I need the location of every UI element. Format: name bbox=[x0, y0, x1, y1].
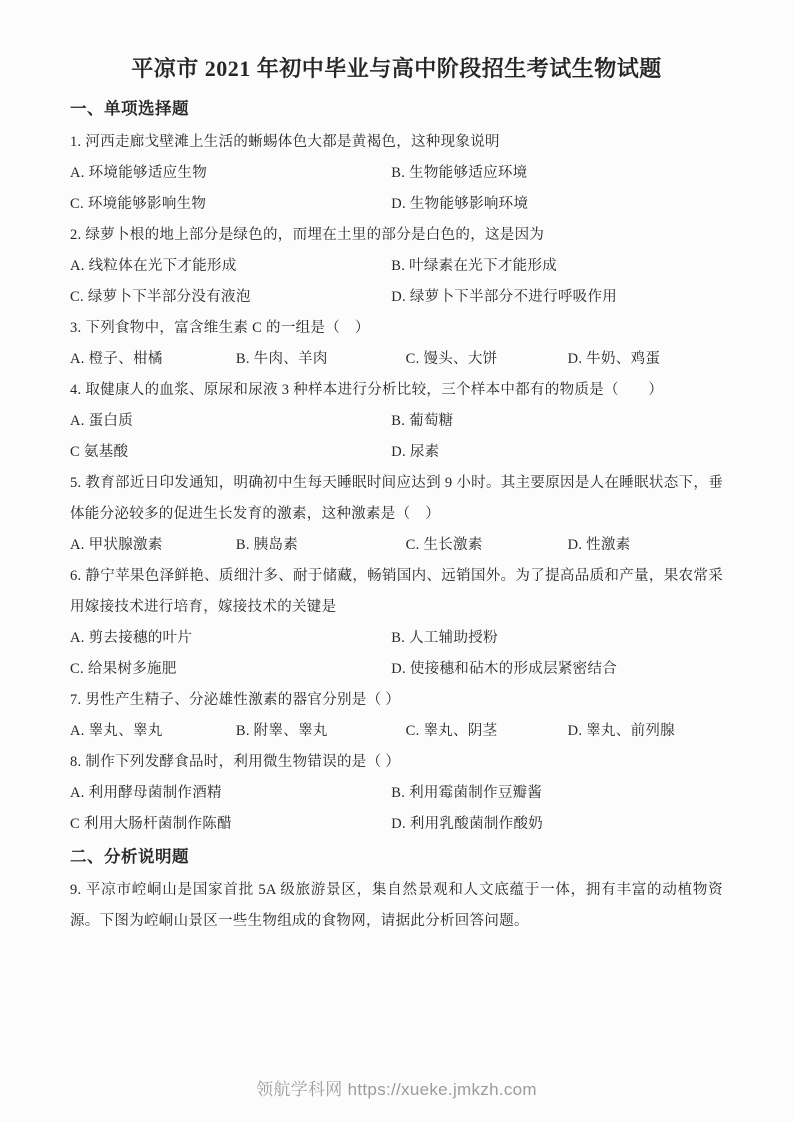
question-stem: 9. 平凉市崆峒山是国家首批 5A 级旅游景区，集自然景观和人文底蕴于一体，拥有… bbox=[70, 875, 723, 937]
question-options: A. 环境能够适应生物 B. 生物能够适应环境 C. 环境能够影响生物 D. 生… bbox=[70, 158, 723, 220]
question-4: 4. 取健康人的血浆、原尿和尿液 3 种样本进行分析比较，三个样本中都有的物质是… bbox=[70, 375, 723, 468]
option-a: A. 利用酵母菌制作酒精 bbox=[70, 778, 391, 809]
question-3: 3. 下列食物中，富含维生素 C 的一组是（ ） A. 橙子、柑橘 B. 牛肉、… bbox=[70, 313, 723, 375]
option-b: B. 牛肉、羊肉 bbox=[236, 344, 406, 375]
section-heading-analysis: 二、分析说明题 bbox=[70, 842, 723, 873]
question-5: 5. 教育部近日印发通知，明确初中生每天睡眠时间应达到 9 小时。其主要原因是人… bbox=[70, 468, 723, 561]
question-2: 2. 绿萝卜根的地上部分是绿色的，而埋在土里的部分是白色的，这是因为 A. 线粒… bbox=[70, 220, 723, 313]
option-a: A. 蛋白质 bbox=[70, 406, 391, 437]
question-1: 1. 河西走廊戈壁滩上生活的蜥蜴体色大都是黄褐色，这种现象说明 A. 环境能够适… bbox=[70, 127, 723, 220]
question-7: 7. 男性产生精子、分泌雄性激素的器官分别是（ ） A. 睾丸、睾丸 B. 附睾… bbox=[70, 685, 723, 747]
option-d: D. 牛奶、鸡蛋 bbox=[568, 344, 723, 375]
option-b: B. 附睾、睾丸 bbox=[236, 716, 406, 747]
question-options: A. 橙子、柑橘 B. 牛肉、羊肉 C. 馒头、大饼 D. 牛奶、鸡蛋 bbox=[70, 344, 723, 375]
option-a: A. 橙子、柑橘 bbox=[70, 344, 236, 375]
option-a: A. 剪去接穗的叶片 bbox=[70, 623, 391, 654]
question-options: A. 利用酵母菌制作酒精 B. 利用霉菌制作豆瓣酱 C 利用大肠杆菌制作陈醋 D… bbox=[70, 778, 723, 840]
option-d: D. 利用乳酸菌制作酸奶 bbox=[391, 809, 723, 840]
exam-paper-page: 平凉市 2021 年初中毕业与高中阶段招生考试生物试题 一、单项选择题 1. 河… bbox=[0, 0, 793, 1122]
question-stem: 6. 静宁苹果色泽鲜艳、质细汁多、耐于储藏，畅销国内、远销国外。为了提高品质和产… bbox=[70, 561, 723, 623]
option-c: C. 绿萝卜下半部分没有液泡 bbox=[70, 282, 391, 313]
option-d: D. 绿萝卜下半部分不进行呼吸作用 bbox=[391, 282, 723, 313]
option-c: C. 馒头、大饼 bbox=[406, 344, 568, 375]
question-options: A. 甲状腺激素 B. 胰岛素 C. 生长激素 D. 性激素 bbox=[70, 530, 723, 561]
option-b: B. 人工辅助授粉 bbox=[391, 623, 723, 654]
question-options: A. 睾丸、睾丸 B. 附睾、睾丸 C. 睾丸、阴茎 D. 睾丸、前列腺 bbox=[70, 716, 723, 747]
option-a: A. 睾丸、睾丸 bbox=[70, 716, 236, 747]
option-d: D. 尿素 bbox=[391, 437, 723, 468]
option-c: C. 睾丸、阴茎 bbox=[406, 716, 568, 747]
option-a: A. 环境能够适应生物 bbox=[70, 158, 391, 189]
question-stem: 8. 制作下列发酵食品时，利用微生物错误的是（ ） bbox=[70, 747, 723, 778]
page-title: 平凉市 2021 年初中毕业与高中阶段招生考试生物试题 bbox=[70, 52, 723, 83]
option-d: D. 生物能够影响环境 bbox=[391, 189, 723, 220]
option-d: D. 使接穗和砧木的形成层紧密结合 bbox=[391, 654, 723, 685]
question-stem: 5. 教育部近日印发通知，明确初中生每天睡眠时间应达到 9 小时。其主要原因是人… bbox=[70, 468, 723, 530]
question-stem: 2. 绿萝卜根的地上部分是绿色的，而埋在土里的部分是白色的，这是因为 bbox=[70, 220, 723, 251]
section-heading-choice: 一、单项选择题 bbox=[70, 94, 723, 125]
question-stem: 7. 男性产生精子、分泌雄性激素的器官分别是（ ） bbox=[70, 685, 723, 716]
site-watermark: 领航学科网 https://xueke.jmkzh.com bbox=[0, 1075, 793, 1100]
question-6: 6. 静宁苹果色泽鲜艳、质细汁多、耐于储藏，畅销国内、远销国外。为了提高品质和产… bbox=[70, 561, 723, 685]
question-options: A. 线粒体在光下才能形成 B. 叶绿素在光下才能形成 C. 绿萝卜下半部分没有… bbox=[70, 251, 723, 313]
option-b: B. 葡萄糖 bbox=[391, 406, 723, 437]
option-b: B. 生物能够适应环境 bbox=[391, 158, 723, 189]
option-c: C. 生长激素 bbox=[406, 530, 568, 561]
question-options: A. 蛋白质 B. 葡萄糖 C 氨基酸 D. 尿素 bbox=[70, 406, 723, 468]
option-b: B. 胰岛素 bbox=[236, 530, 406, 561]
option-a: A. 线粒体在光下才能形成 bbox=[70, 251, 391, 282]
question-9: 9. 平凉市崆峒山是国家首批 5A 级旅游景区，集自然景观和人文底蕴于一体，拥有… bbox=[70, 875, 723, 937]
option-d: D. 性激素 bbox=[568, 530, 723, 561]
option-d: D. 睾丸、前列腺 bbox=[568, 716, 723, 747]
option-c: C. 给果树多施肥 bbox=[70, 654, 391, 685]
option-c: C. 环境能够影响生物 bbox=[70, 189, 391, 220]
option-b: B. 叶绿素在光下才能形成 bbox=[391, 251, 723, 282]
option-a: A. 甲状腺激素 bbox=[70, 530, 236, 561]
question-stem: 1. 河西走廊戈壁滩上生活的蜥蜴体色大都是黄褐色，这种现象说明 bbox=[70, 127, 723, 158]
question-8: 8. 制作下列发酵食品时，利用微生物错误的是（ ） A. 利用酵母菌制作酒精 B… bbox=[70, 747, 723, 840]
question-stem: 4. 取健康人的血浆、原尿和尿液 3 种样本进行分析比较，三个样本中都有的物质是… bbox=[70, 375, 723, 406]
option-c: C 氨基酸 bbox=[70, 437, 391, 468]
question-options: A. 剪去接穗的叶片 B. 人工辅助授粉 C. 给果树多施肥 D. 使接穗和砧木… bbox=[70, 623, 723, 685]
question-stem: 3. 下列食物中，富含维生素 C 的一组是（ ） bbox=[70, 313, 723, 344]
option-b: B. 利用霉菌制作豆瓣酱 bbox=[391, 778, 723, 809]
option-c: C 利用大肠杆菌制作陈醋 bbox=[70, 809, 391, 840]
